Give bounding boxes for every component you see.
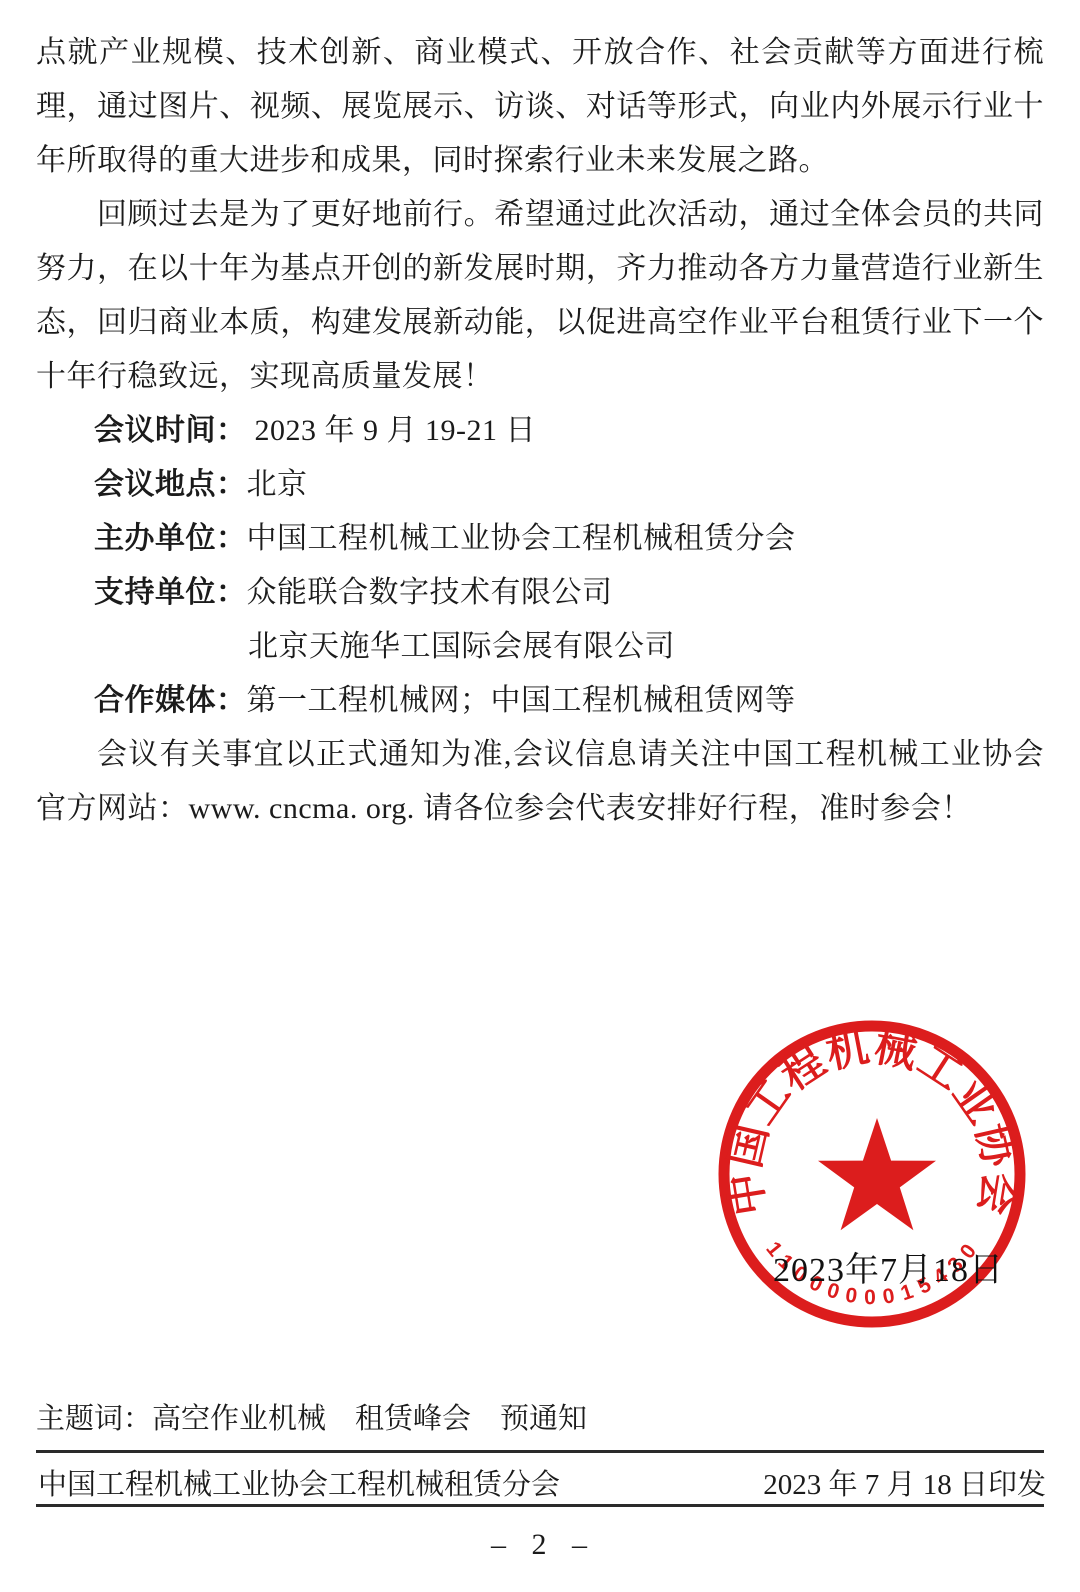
meeting-row-host: 主办单位：中国工程机械工业协会工程机械租赁分会 [36, 512, 1044, 566]
meeting-label: 主办单位： [94, 522, 247, 555]
closing-paragraph: 会议有关事宜以正式通知为准,会议信息请关注中国工程机械工业协会官方网站：www.… [36, 728, 1044, 836]
meeting-label: 支持单位： [94, 576, 247, 609]
body-paragraph-2: 回顾过去是为了更好地前行。希望通过此次活动，通过全体会员的共同努力，在以十年为基… [36, 188, 1044, 404]
meeting-label: 合作媒体： [94, 684, 247, 717]
footer-subject-row: 主题词：高空作业机械 租赁峰会 预通知 [36, 1396, 587, 1437]
meeting-row-support-2: 北京天施华工国际会展有限公司 [36, 620, 1044, 674]
meeting-label: 会议地点： [94, 468, 247, 501]
meeting-row-media: 合作媒体：第一工程机械网；中国工程机械租赁网等 [36, 674, 1044, 728]
footer-issuer-row: 中国工程机械工业协会工程机械租赁分会 2023 年 7 月 18 日印发 [38, 1462, 1046, 1503]
footer-rule-bottom [36, 1504, 1044, 1507]
meeting-value: 第一工程机械网；中国工程机械租赁网等 [247, 684, 796, 717]
meeting-details: 会议时间： 2023 年 9 月 19-21 日 会议地点：北京 主办单位：中国… [36, 404, 1044, 728]
body-paragraph-1: 点就产业规模、技术创新、商业模式、开放合作、社会贡献等方面进行梳理，通过图片、视… [36, 26, 1044, 188]
meeting-label: 会议时间： [94, 414, 247, 447]
meeting-value: 众能联合数字技术有限公司 [247, 576, 613, 609]
meeting-row-time: 会议时间： 2023 年 9 月 19-21 日 [36, 404, 1044, 458]
subject-label: 主题词： [36, 1403, 152, 1435]
issue-date: 2023 年 7 月 18 日印发 [763, 1462, 1046, 1503]
issuer-name: 中国工程机械工业协会工程机械租赁分会 [38, 1462, 560, 1503]
meeting-row-place: 会议地点：北京 [36, 458, 1044, 512]
page-number: – 2 – [0, 1528, 1080, 1562]
document-body: 点就产业规模、技术创新、商业模式、开放合作、社会贡献等方面进行梳理，通过图片、视… [36, 26, 1044, 836]
subject-keywords: 高空作业机械 租赁峰会 预通知 [152, 1403, 587, 1435]
footer-rule-top [36, 1450, 1044, 1453]
document-page: { "document": { "paragraphs": { "p1": "点… [0, 0, 1080, 1592]
official-seal: 中国工程机械工业协会 1100000015430 2023年7月18日 [712, 1014, 1034, 1336]
meeting-value: 2023 年 9 月 19-21 日 [247, 414, 537, 447]
seal-date: 2023年7月18日 [773, 1242, 1004, 1291]
meeting-value: 北京 [247, 468, 308, 501]
meeting-value: 北京天施华工国际会展有限公司 [248, 630, 675, 663]
meeting-row-support: 支持单位：众能联合数字技术有限公司 [36, 566, 1044, 620]
meeting-value: 中国工程机械工业协会工程机械租赁分会 [247, 522, 796, 555]
seal-star-icon [818, 1118, 936, 1230]
